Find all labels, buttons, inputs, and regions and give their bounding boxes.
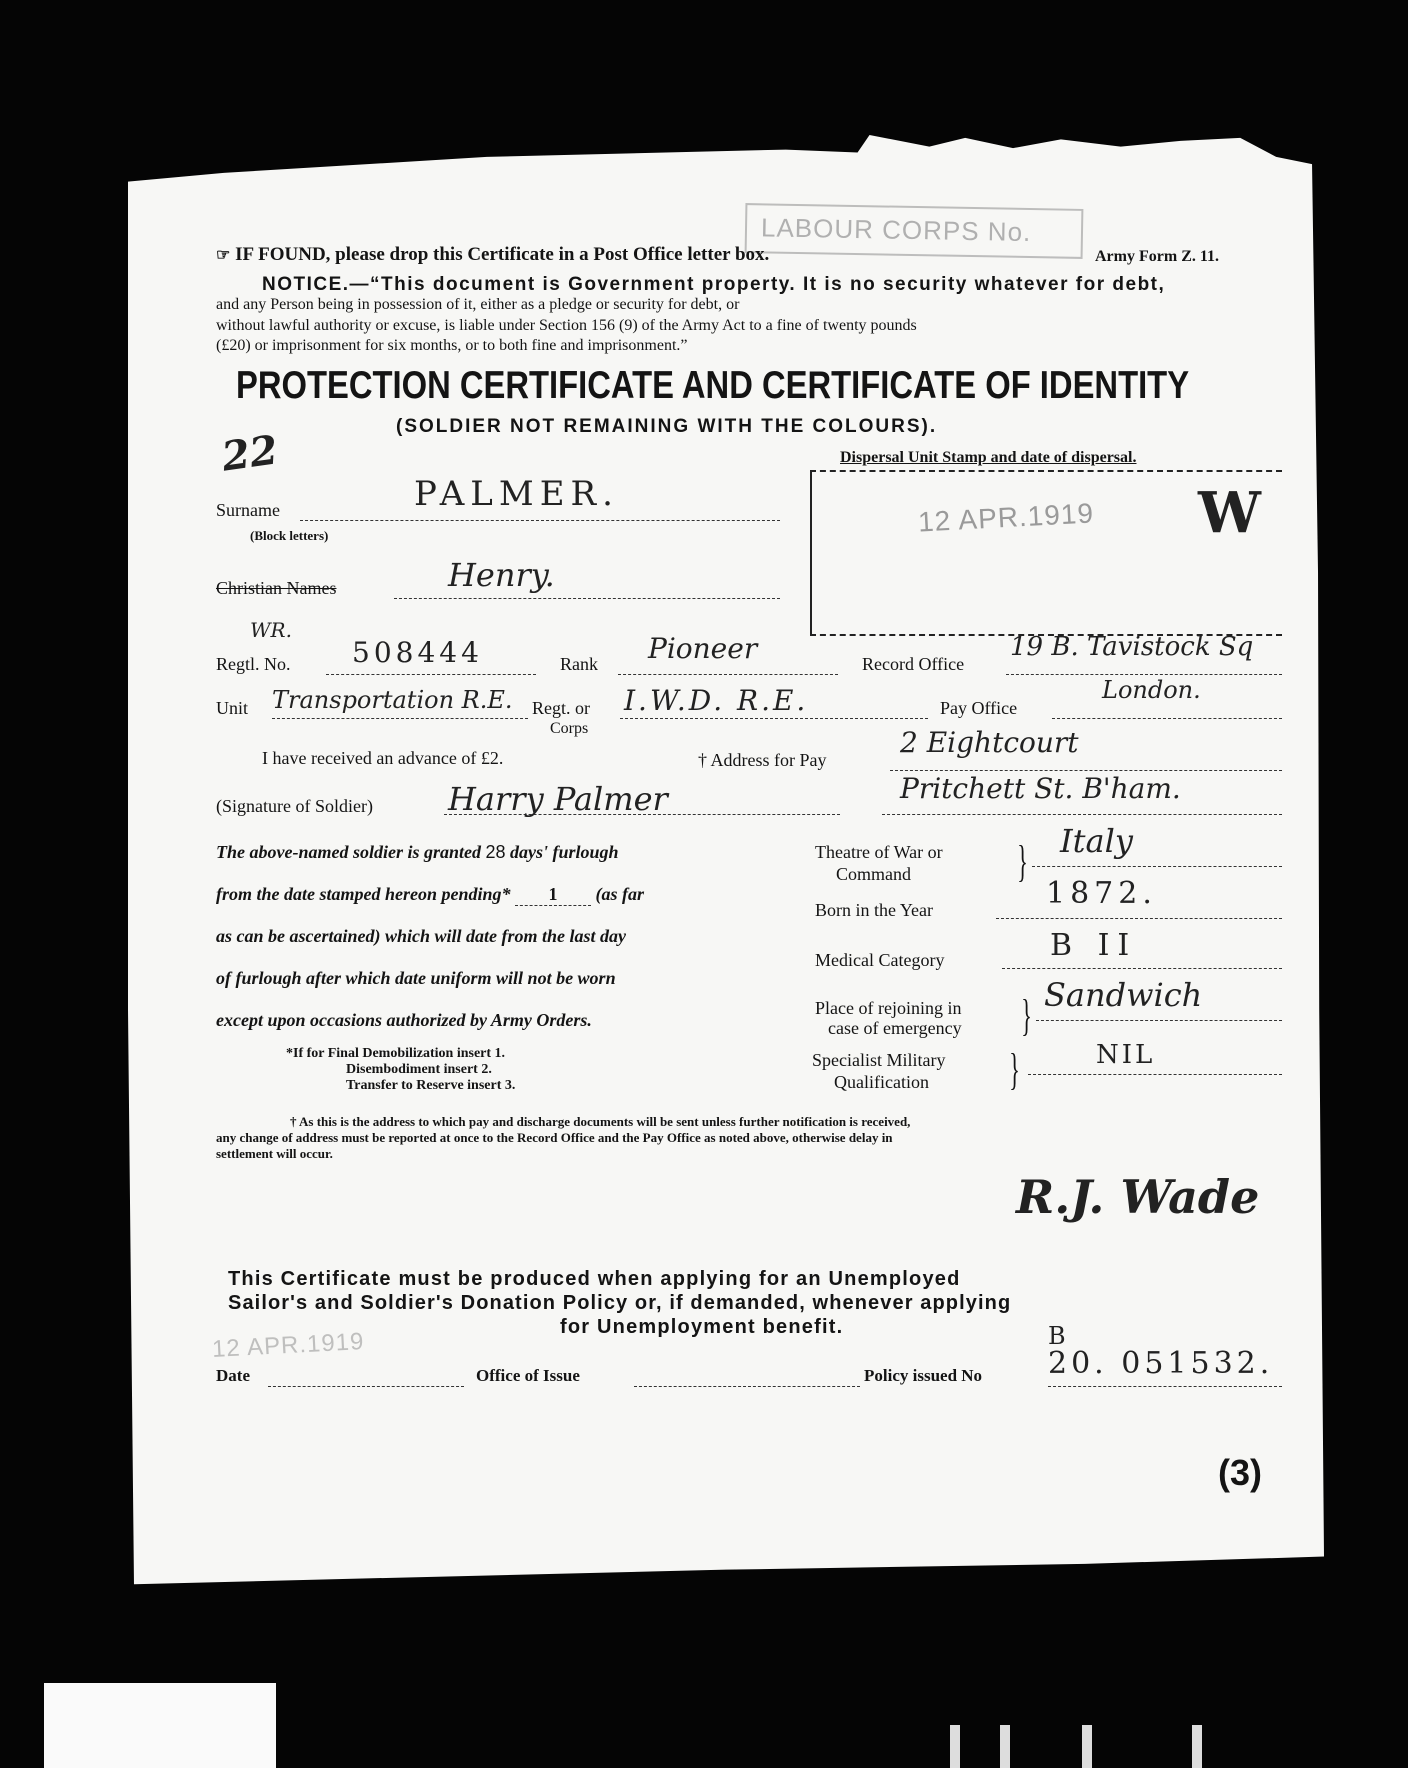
- address-line-1: [890, 770, 1282, 771]
- surname-field[interactable]: PALMER.: [414, 474, 619, 514]
- pay-office-field[interactable]: London.: [1102, 676, 1201, 704]
- address-line-2: [882, 814, 1282, 815]
- furlough-line-4: of furlough after which date uniform wil…: [216, 968, 616, 989]
- regtl-no-label: Regtl. No.: [216, 654, 291, 675]
- theatre-field[interactable]: Italy: [1060, 822, 1133, 860]
- regt-corps-line: [620, 718, 928, 719]
- unemployment-notice-1: This Certificate must be produced when a…: [228, 1268, 961, 1291]
- annotation-mark: W: [1198, 480, 1261, 546]
- soldier-signature-label: (Signature of Soldier): [216, 796, 373, 817]
- medical-category-label: Medical Category: [815, 950, 944, 971]
- theatre-label: Theatre of War or: [815, 842, 943, 863]
- rank-label: Rank: [560, 654, 598, 675]
- regtl-no-line: [326, 674, 536, 675]
- date-label: Date: [216, 1366, 250, 1386]
- rank-field[interactable]: Pioneer: [648, 632, 757, 665]
- surname-sublabel: (Block letters): [250, 528, 328, 544]
- specialist-line: [1028, 1074, 1282, 1075]
- rejoining-line: [1036, 1020, 1282, 1021]
- furlough-line-2: from the date stamped hereon pending* 1 …: [216, 884, 644, 906]
- regt-corps-label-2: Corps: [550, 720, 588, 738]
- army-form-number: Army Form Z. 11.: [1095, 248, 1219, 266]
- rank-line: [618, 674, 838, 675]
- furlough-line-1: The above-named soldier is granted 28 da…: [216, 842, 619, 863]
- policy-line: [1048, 1386, 1282, 1387]
- christian-names-label: Christian Names: [216, 578, 336, 599]
- record-office-line: [1006, 674, 1282, 675]
- pointing-hand-icon: ☞: [216, 247, 230, 264]
- unit-field[interactable]: Transportation R.E.: [272, 686, 513, 714]
- rejoining-label: Place of rejoining in: [815, 998, 961, 1019]
- brace-icon: }: [1021, 990, 1032, 1041]
- page-marker: (3): [1218, 1452, 1262, 1494]
- furlough-line-5: except upon occasions authorized by Army…: [216, 1010, 592, 1031]
- record-office-label: Record Office: [862, 654, 964, 675]
- regt-corps-label: Regt. or: [532, 698, 590, 719]
- theatre-label-2: Command: [836, 864, 911, 885]
- dispersal-label: Dispersal Unit Stamp and date of dispers…: [840, 449, 1136, 467]
- brace-icon: }: [1009, 1044, 1020, 1095]
- rejoining-field[interactable]: Sandwich: [1044, 976, 1202, 1014]
- address-note-3: settlement will occur.: [216, 1146, 333, 1162]
- pay-office-line: [1052, 718, 1282, 719]
- page-subtitle: (SOLDIER NOT REMAINING WITH THE COLOURS)…: [396, 416, 937, 438]
- insert-footnote-1: *If for Final Demobilization insert 1.: [286, 1046, 505, 1062]
- regtl-prefix: WR.: [250, 618, 292, 642]
- furlough-line-3: as can be ascertained) which will date f…: [216, 926, 626, 947]
- unit-label: Unit: [216, 698, 248, 719]
- specialist-label: Specialist Military: [812, 1050, 945, 1071]
- medical-category-field[interactable]: B II: [1050, 928, 1137, 963]
- address-note-1: † As this is the address to which pay an…: [290, 1114, 910, 1130]
- specialist-label-2: Qualification: [834, 1072, 929, 1093]
- address-note-2: any change of address must be reported a…: [216, 1130, 893, 1146]
- surname-line: [300, 520, 780, 521]
- found-notice: ☞ IF FOUND, please drop this Certificate…: [216, 244, 769, 266]
- labour-corps-stamp: LABOUR CORPS No.: [745, 203, 1084, 259]
- officer-signature: R.J. Wade: [1016, 1170, 1259, 1224]
- policy-number-field[interactable]: 20. 051532.: [1048, 1346, 1273, 1381]
- unemployment-notice-2: Sailor's and Soldier's Donation Policy o…: [228, 1292, 1011, 1315]
- address-field-2[interactable]: Pritchett St. B'ham.: [900, 772, 1181, 805]
- white-tab: [44, 1683, 276, 1768]
- office-of-issue-label: Office of Issue: [476, 1366, 580, 1386]
- notice-body-3: (£20) or imprisonment for six months, or…: [216, 337, 688, 355]
- christian-names-field[interactable]: Henry.: [448, 556, 555, 594]
- christian-names-line: [394, 598, 780, 599]
- date-field[interactable]: [268, 1386, 464, 1387]
- pending-field[interactable]: 1: [515, 884, 591, 906]
- surname-label: Surname: [216, 500, 280, 521]
- notice-body-1: and any Person being in possession of it…: [216, 296, 739, 314]
- notice-lead: NOTICE.—“This document is Government pro…: [262, 274, 1165, 296]
- medical-category-line: [1002, 968, 1282, 969]
- policy-label: Policy issued No: [864, 1366, 982, 1386]
- soldier-signature[interactable]: Harry Palmer: [448, 780, 668, 818]
- unit-line: [272, 718, 528, 719]
- notice-body-2: without lawful authority or excuse, is l…: [216, 317, 917, 335]
- specialist-field[interactable]: NIL: [1096, 1040, 1155, 1070]
- address-field-1[interactable]: 2 Eightcourt: [900, 726, 1079, 759]
- pay-office-label: Pay Office: [940, 698, 1017, 719]
- born-year-label: Born in the Year: [815, 900, 933, 921]
- insert-footnote-2: Disembodiment insert 2.: [346, 1062, 492, 1078]
- regtl-no-field[interactable]: 508444: [352, 636, 483, 669]
- born-year-line: [996, 918, 1282, 919]
- furlough-days: 28: [485, 842, 505, 862]
- regt-corps-field[interactable]: I.W.D. R.E.: [624, 684, 808, 717]
- rejoining-label-2: case of emergency: [828, 1018, 962, 1039]
- born-year-field[interactable]: 1872.: [1046, 876, 1157, 911]
- theatre-line: [1032, 866, 1282, 867]
- page-title: PROTECTION CERTIFICATE AND CERTIFICATE O…: [236, 364, 1189, 408]
- annotation-number: 22: [219, 426, 281, 480]
- address-for-pay-label: † Address for Pay: [698, 750, 827, 771]
- brace-icon: }: [1017, 836, 1028, 887]
- record-office-field[interactable]: 19 B. Tavistock Sq: [1010, 632, 1253, 662]
- insert-footnote-3: Transfer to Reserve insert 3.: [346, 1078, 515, 1094]
- advance-text: I have received an advance of £2.: [262, 748, 503, 769]
- office-of-issue-field[interactable]: [634, 1386, 860, 1387]
- unemployment-notice-3: for Unemployment benefit.: [560, 1316, 843, 1339]
